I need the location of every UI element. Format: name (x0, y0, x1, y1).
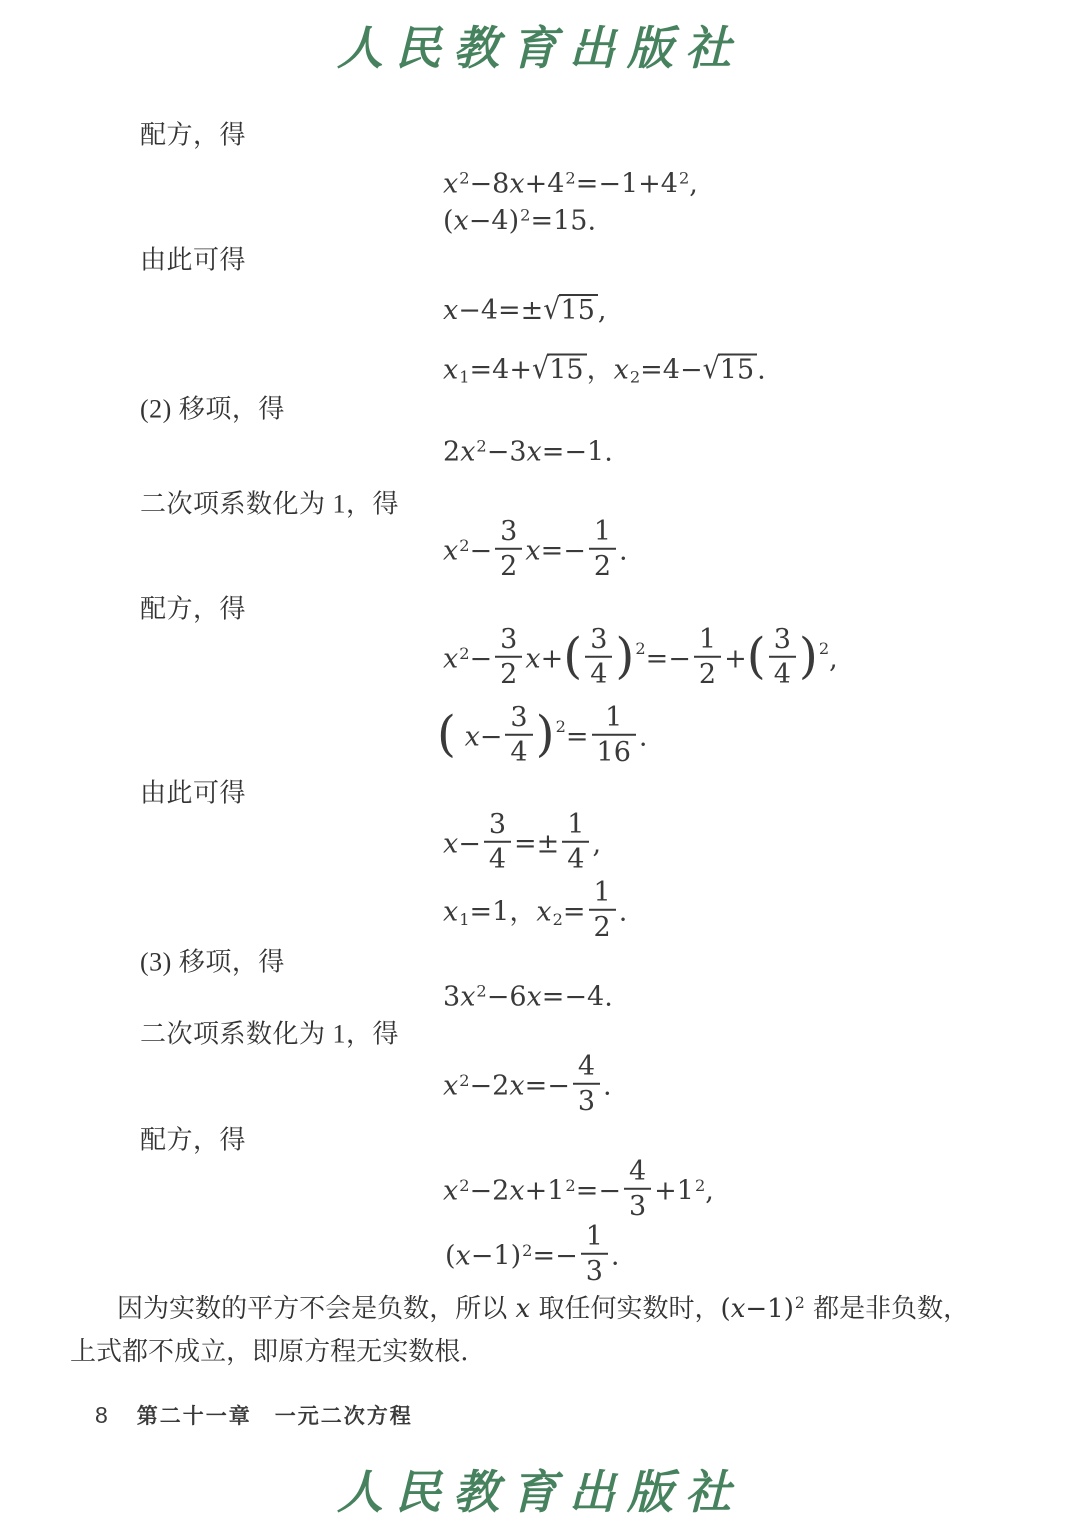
textbook-page: 人民教育出版社 配方，得x2−8x+42=−1+42,(x−4)2=15.由此可… (0, 0, 1080, 1526)
formula-line: (x−4)2=15. (443, 206, 596, 237)
page-footer: 8 第二十一章 一元二次方程 (95, 1400, 413, 1430)
text-line: (2) 移项，得 (140, 389, 285, 426)
formula-line: x2−32x+(34)2=−12+(34)2, (443, 629, 838, 691)
formula-line: x2−2x=−43. (443, 1056, 612, 1118)
text-line: 配方，得 (140, 589, 246, 626)
text-line: 配方，得 (140, 1120, 246, 1157)
text-line: 二次项系数化为 1，得 (140, 1014, 399, 1051)
formula-line: x2−2x+12=−43+12, (443, 1161, 714, 1223)
formula-line: x1=1，x2=12. (443, 882, 627, 944)
paragraph: 因为实数的平方不会是负数，所以 x 取任何实数时，(x−1)2 都是非负数，上式… (70, 1288, 978, 1374)
formula-line: x2−32x=−12. (443, 521, 628, 583)
formula-line: 3x2−6x=−4. (443, 982, 613, 1013)
publisher-logo-top: 人民教育出版社 (0, 12, 1080, 78)
formula-line: 2x2−3x=−1. (443, 437, 613, 468)
text-line: 二次项系数化为 1，得 (140, 484, 399, 521)
text-line: 由此可得 (140, 773, 246, 810)
publisher-logo-bottom: 人民教育出版社 (0, 1456, 1080, 1522)
text-line: 由此可得 (140, 240, 246, 277)
formula-line: ( x−34)2=116. (437, 707, 647, 769)
formula-line: x−34=±14, (443, 814, 601, 876)
page-number: 8 (95, 1402, 108, 1428)
formula-line: x−4=±√15, (443, 294, 606, 326)
formula-line: x2−8x+42=−1+42, (443, 169, 698, 200)
chapter-title: 第二十一章 一元二次方程 (137, 1404, 413, 1428)
text-line: (3) 移项，得 (140, 942, 285, 979)
text-line: 配方，得 (140, 115, 246, 152)
formula-line: (x−1)2=−13. (445, 1226, 619, 1288)
formula-line: x1=4+√15，x2=4−√15. (443, 348, 766, 387)
